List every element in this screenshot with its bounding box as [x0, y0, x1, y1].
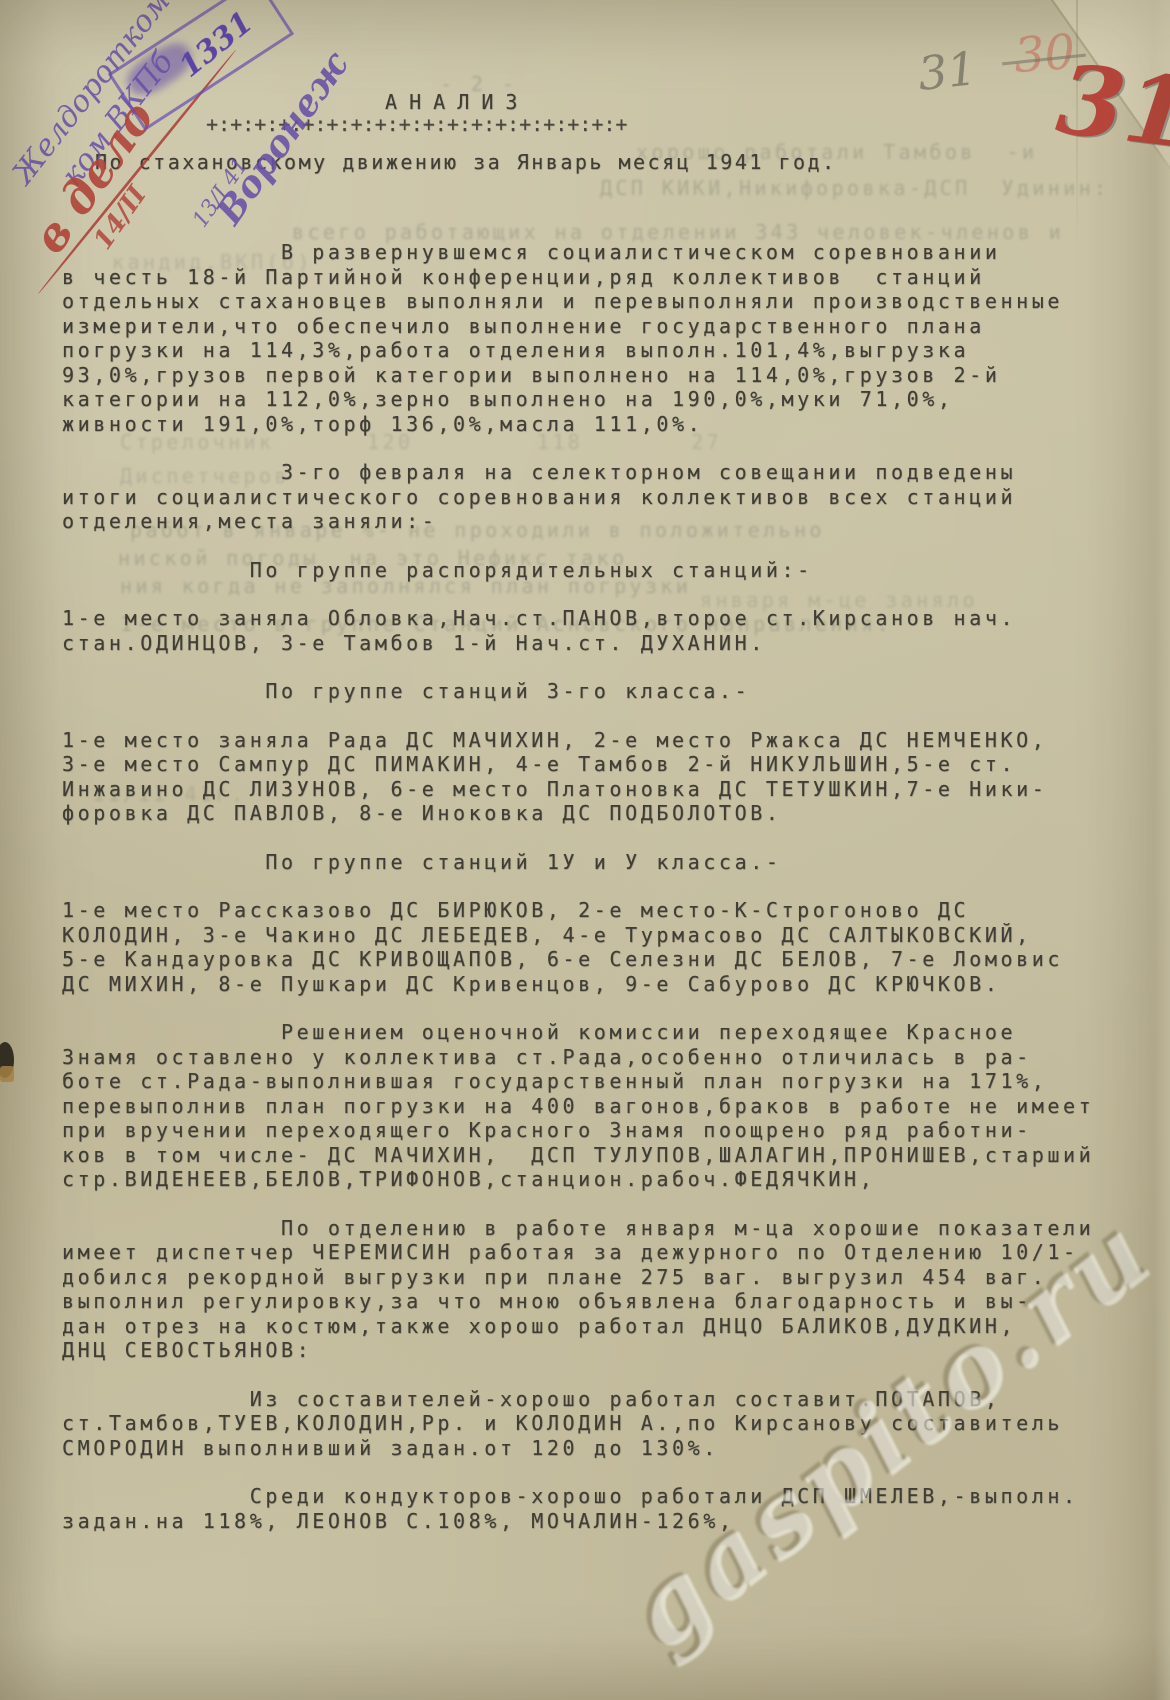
paper-damage-backing	[0, 1066, 14, 1082]
document-title: А Н А Л И З	[385, 90, 517, 114]
paragraph-intro: В развернувшемся социалистическом соревн…	[62, 240, 1162, 436]
page-number-pencil: 31	[915, 41, 979, 101]
bleedthrough-line: ДСП КИКИ,Никифоровка-ДСП Удинин:	[600, 176, 1110, 200]
paragraph-class45-ranking: 1-е место Рассказово ДС БИРЮКОВ, 2-е мес…	[62, 898, 1162, 996]
heading-dispatch-stations: По группе распорядительных станций:-	[62, 558, 1162, 583]
document-subtitle: По стахановскому движению за Январь меся…	[95, 150, 837, 174]
paragraph-red-banner: Решением оценочной комиссии переходящее …	[62, 1020, 1162, 1192]
document-page: - 2 - хорошо работали Тамбов -и ДСП КИКИ…	[0, 0, 1170, 1700]
page-number-red: 31	[1052, 42, 1170, 170]
paragraph-class3-ranking: 1-е место заняла Рада ДС МАЧИХИН, 2-е ме…	[62, 728, 1162, 826]
paragraph-meeting: 3-го февраля на селекторном совещании по…	[62, 460, 1162, 534]
paragraph-dispatch-ranking: 1-е место заняла Обловка,Нач.ст.ПАНОВ,вт…	[62, 606, 1162, 655]
paragraph-conductors: Среди кондукторов-хорошо работали ДСП ШМ…	[62, 1484, 1162, 1533]
heading-class3-stations: По группе станций 3-го класса.-	[62, 679, 1162, 704]
heading-class45-stations: По группе станций 1У и У класса.-	[62, 850, 1162, 875]
